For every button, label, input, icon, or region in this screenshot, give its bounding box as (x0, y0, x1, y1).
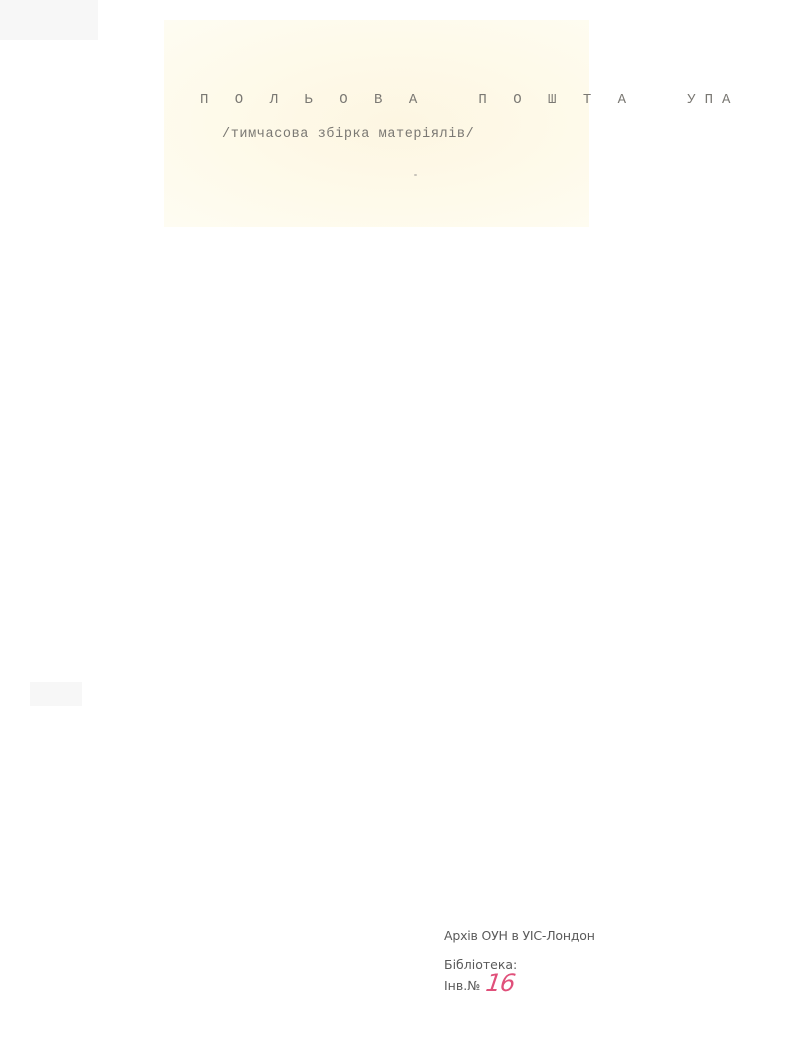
title-label-paper (164, 20, 589, 227)
scan-artifact (30, 682, 82, 706)
document-subtitle: /тимчасова збірка матеріялів/ (222, 127, 474, 142)
inventory-label: Інв.№ (444, 978, 480, 993)
scan-artifact (0, 0, 98, 40)
ink-speck (414, 174, 417, 176)
document-title: П О Л Ь О В А П О Ш Т А УПА (200, 92, 580, 108)
archive-name: Архів ОУН в УІС-Лондон (444, 928, 595, 943)
archive-stamp: Архів ОУН в УІС-Лондон Бібліотека: Інв.№… (444, 928, 595, 993)
inventory-row: Інв.№ 16 (444, 973, 595, 993)
inventory-number: 16 (485, 973, 516, 993)
library-label: Бібліотека: (444, 957, 595, 972)
